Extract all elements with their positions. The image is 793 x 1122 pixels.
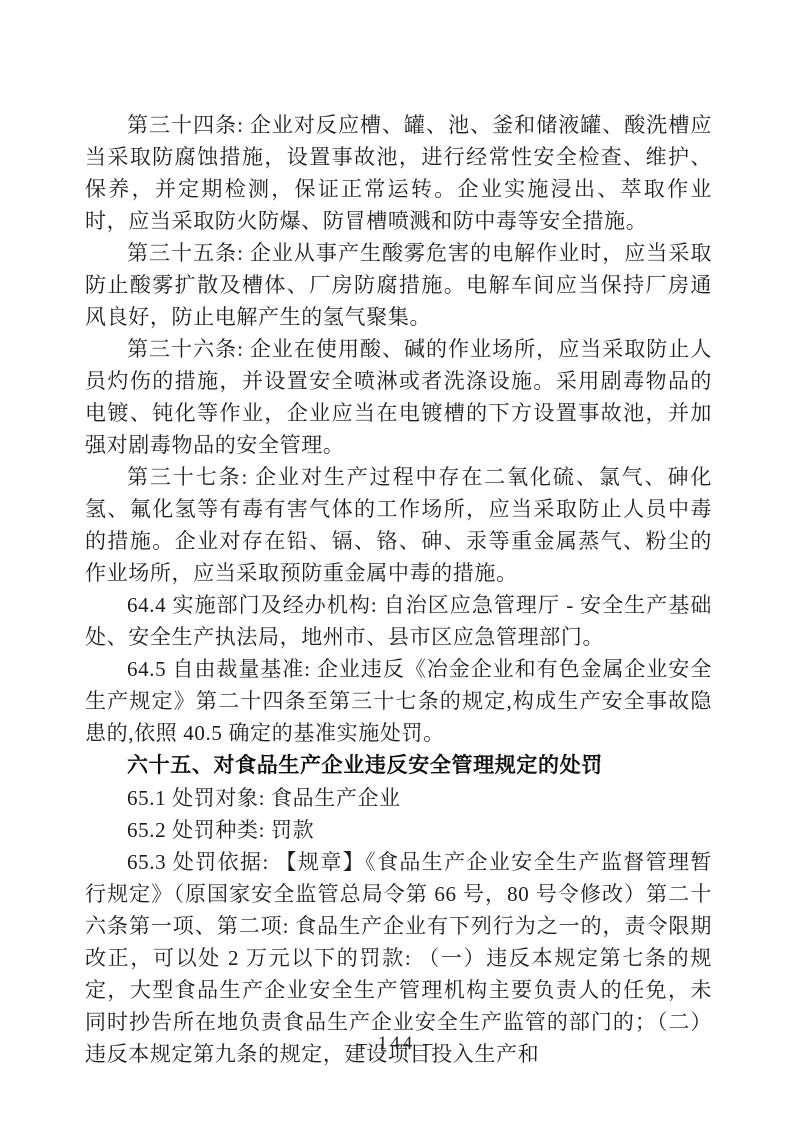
paragraph-article-34: 第三十四条: 企业对反应槽、罐、池、釜和储液罐、酸洗槽应当采取防腐蚀措施，设置事… [85, 109, 712, 237]
document-body: 第三十四条: 企业对反应槽、罐、池、釜和储液罐、酸洗槽应当采取防腐蚀措施，设置事… [85, 109, 712, 1070]
page-number: – 144 – [0, 1033, 793, 1055]
section-heading-65: 六十五、对食品生产企业违反安全管理规定的处罚 [85, 749, 712, 782]
paragraph-article-35: 第三十五条: 企业从事产生酸雾危害的电解作业时，应当采取防止酸雾扩散及槽体、厂房… [85, 237, 712, 333]
paragraph-64-4: 64.4 实施部门及经办机构: 自治区应急管理厅 - 安全生产基础处、安全生产执… [85, 589, 712, 653]
paragraph-65-2: 65.2 处罚种类: 罚款 [85, 814, 712, 846]
document-page: 第三十四条: 企业对反应槽、罐、池、釜和储液罐、酸洗槽应当采取防腐蚀措施，设置事… [0, 0, 793, 1122]
paragraph-65-1: 65.1 处罚对象: 食品生产企业 [85, 782, 712, 814]
paragraph-64-5: 64.5 自由裁量基准: 企业违反《冶金企业和有色金属企业安全生产规定》第二十四… [85, 653, 712, 749]
paragraph-article-36: 第三十六条: 企业在使用酸、碱的作业场所，应当采取防止人员灼伤的措施，并设置安全… [85, 333, 712, 461]
paragraph-article-37: 第三十七条: 企业对生产过程中存在二氧化硫、氯气、砷化氢、氟化氢等有毒有害气体的… [85, 461, 712, 589]
